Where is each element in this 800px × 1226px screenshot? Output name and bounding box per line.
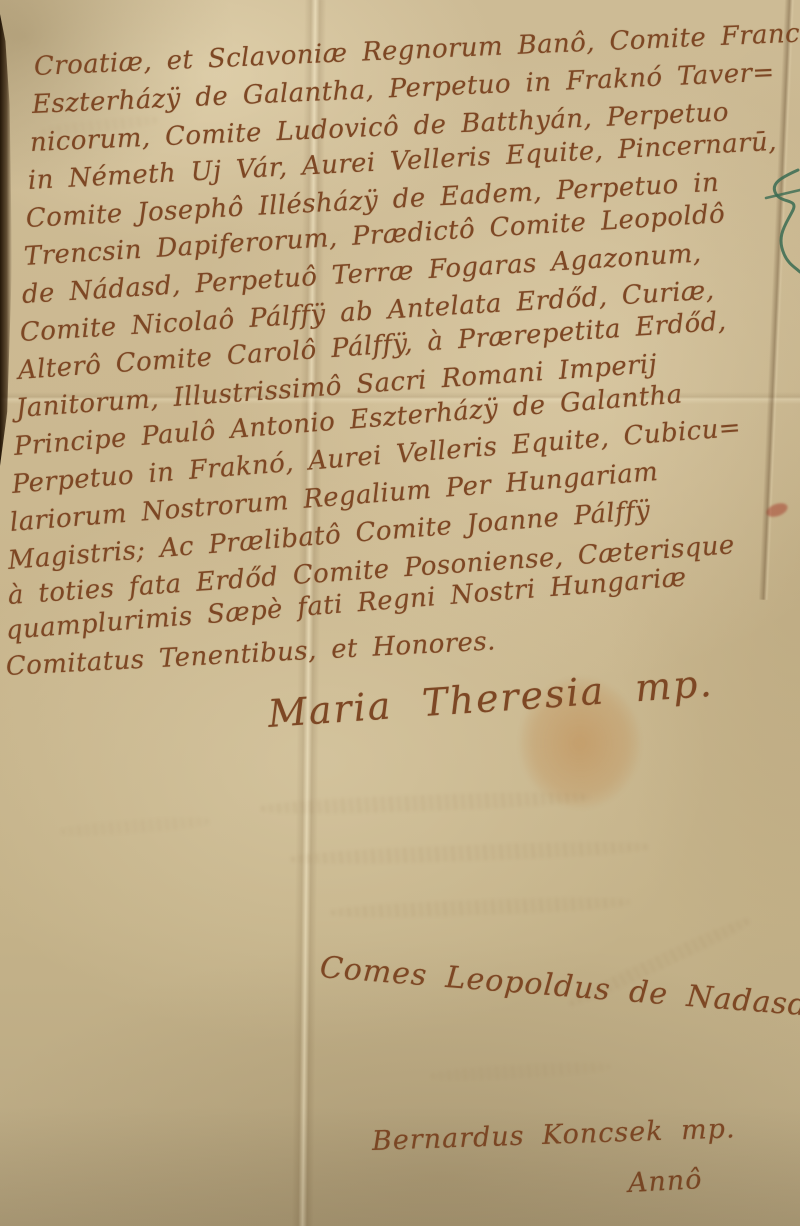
- bleedthrough-smudge: [430, 1060, 610, 1082]
- bleedthrough-smudge: [290, 839, 650, 868]
- signature-maria-theresia: Maria Theresia mp.: [266, 661, 714, 736]
- bleedthrough-smudge: [330, 895, 630, 920]
- bottom-shadow: [0, 1106, 800, 1226]
- green-annotation-mark-icon: [762, 168, 800, 278]
- bleedthrough-smudge: [60, 815, 211, 838]
- signature-comes-nadasd: Comes Leopoldus de Nadasd mp.: [319, 950, 800, 1029]
- manuscript-page: Croatiæ, et Sclavoniæ Regnorum Banô, Com…: [0, 0, 800, 1226]
